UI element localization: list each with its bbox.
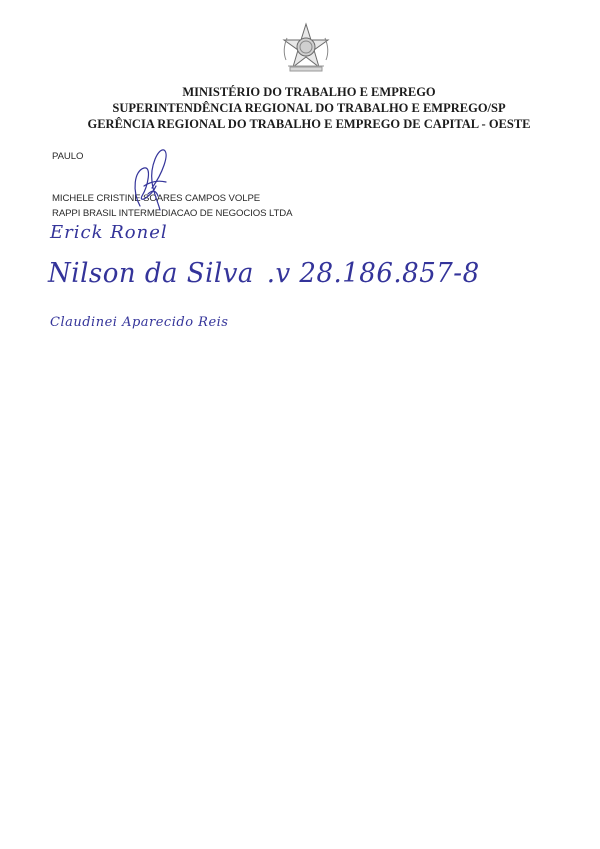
handwritten-signature-nilson: Nilson da Silva .v 28.186.857-8: [48, 258, 480, 290]
brazil-coat-of-arms-icon: [278, 20, 334, 76]
handwritten-signature-erick: Erick Ronel: [50, 222, 168, 243]
header-regional-office: GERÊNCIA REGIONAL DO TRABALHO E EMPREGO …: [0, 116, 600, 132]
typed-city: PAULO: [52, 151, 83, 162]
header-superintendency: SUPERINTENDÊNCIA REGIONAL DO TRABALHO E …: [0, 100, 600, 116]
typed-company-name: RAPPI BRASIL INTERMEDIACAO DE NEGOCIOS L…: [52, 208, 292, 219]
typed-representative-name: MICHELE CRISTINE SOARES CAMPOS VOLPE: [52, 193, 260, 204]
header-ministry: MINISTÉRIO DO TRABALHO E EMPREGO: [0, 84, 600, 100]
handwritten-id-number: .v 28.186.857-8: [267, 258, 480, 290]
representative-signature: [122, 146, 182, 216]
handwritten-name: Nilson da Silva: [48, 258, 254, 290]
document-page: MINISTÉRIO DO TRABALHO E EMPREGO SUPERIN…: [0, 0, 600, 849]
handwritten-signature-claudinei: Claudinei Aparecido Reis: [50, 315, 228, 330]
document-header: MINISTÉRIO DO TRABALHO E EMPREGO SUPERIN…: [0, 84, 600, 132]
